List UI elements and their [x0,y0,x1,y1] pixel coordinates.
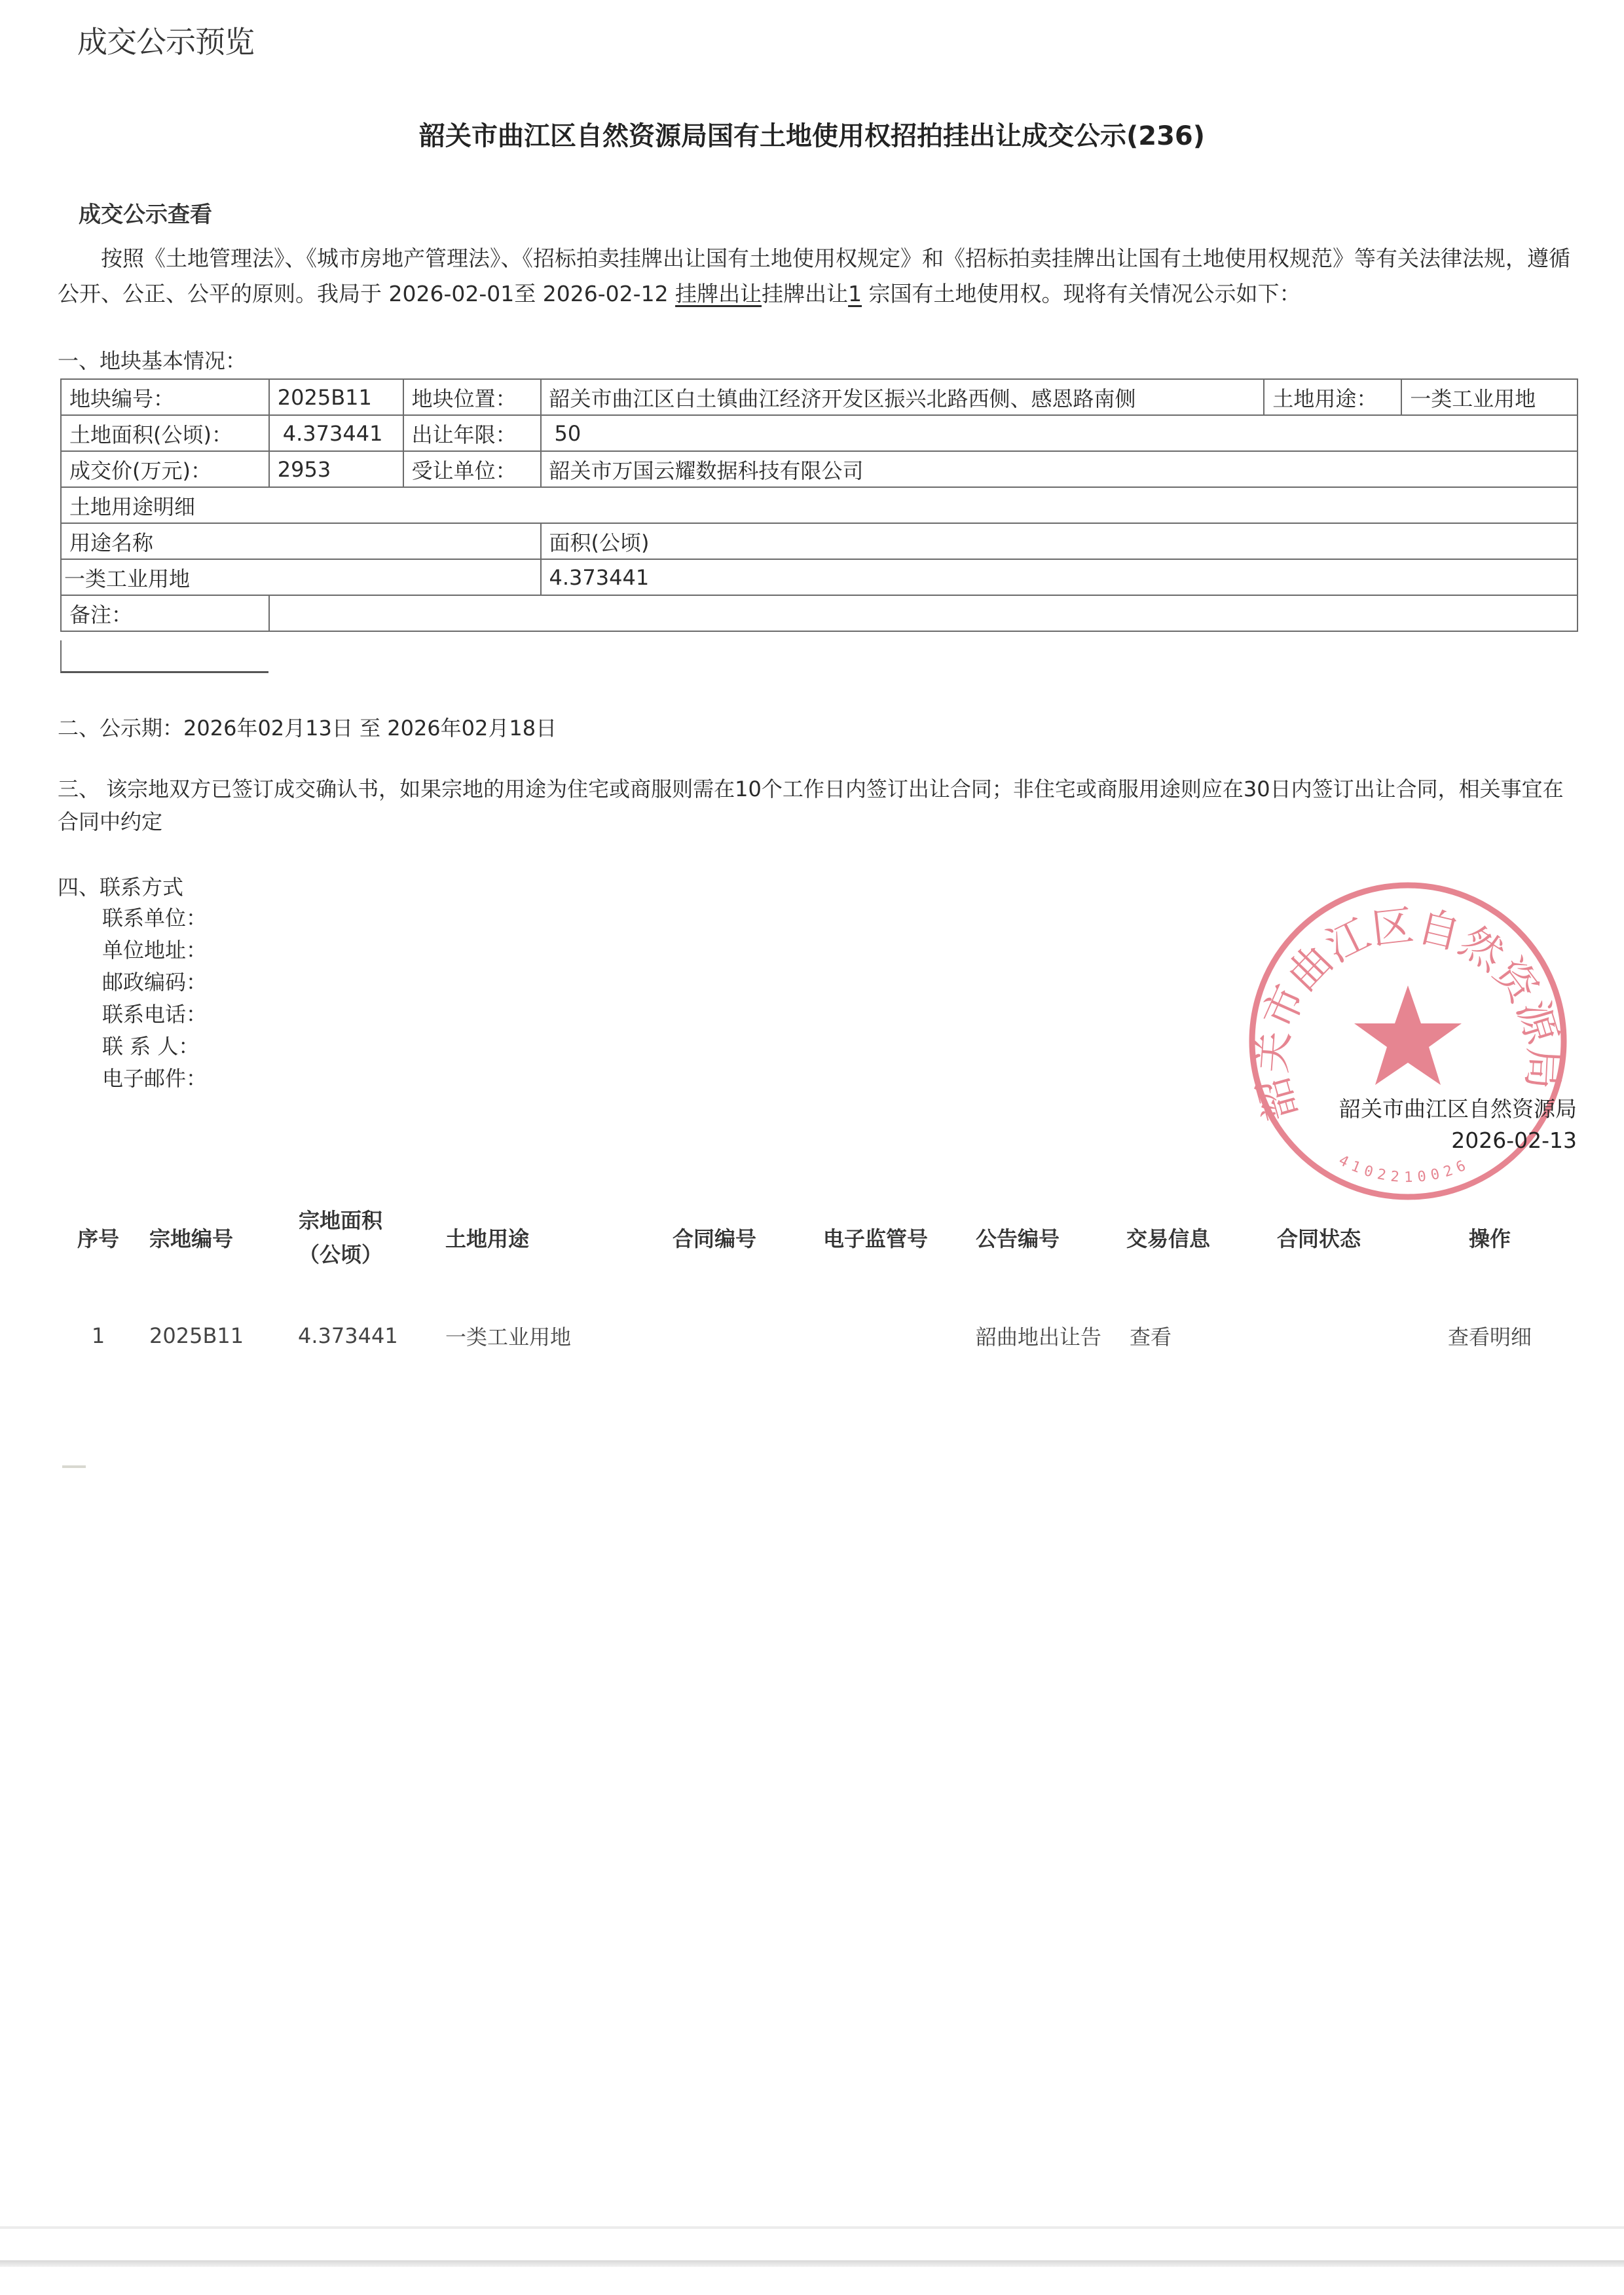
row-seq: 1 [72,1316,124,1355]
contact-list: 联系单位： 单位地址： 邮政编码： 联系电话： 联 系 人： 电子邮件： [102,902,207,1095]
signature-date: 2026-02-13 [1339,1125,1577,1156]
official-seal-icon: 韶关市曲江区自然资源局 4102210026 [1241,874,1575,1208]
row-supervision-no [823,1316,954,1355]
use-area-header: 面积(公顷) [541,523,1578,559]
use-name-header: 用途名称 [61,523,541,559]
remarks-value [269,595,1578,631]
contact-unit: 联系单位： [102,902,207,934]
table-row: 一类工业用地 4.373441 [61,559,1578,595]
table-row: 用途名称 面积(公顷) [61,523,1578,559]
price-value: 2953 [269,451,403,487]
row-area: 4.373441 [298,1316,403,1355]
table-row: 备注： [61,595,1578,631]
grantee-label: 受让单位： [403,451,541,487]
header-supervision-no: 电子监管号 [823,1202,954,1274]
intro-text-2: 宗国有土地使用权。现将有关情况公示如下： [862,281,1301,306]
land-use-value: 一类工业用地 [1401,379,1578,415]
land-use-label: 土地用途： [1264,379,1401,415]
row-contract-no [673,1316,777,1355]
term-label: 出让年限： [403,415,541,451]
header-action: 操作 [1450,1202,1529,1274]
header-land-use: 土地用途 [445,1202,550,1274]
location-label: 地块位置： [403,379,541,415]
notice-period: 二、公示期：2026年02月13日 至 2026年02月18日 [58,712,557,742]
page-header-title: 成交公示预览 [77,18,254,62]
intro-end-date: 2026-02-12 [543,281,669,306]
svg-text:4102210026: 4102210026 [1336,1152,1473,1186]
signature-org: 韶关市曲江区自然资源局 [1339,1093,1577,1125]
contact-heading: 四、联系方式 [58,871,183,901]
price-label: 成交价(万元)： [61,451,269,487]
header-area: 宗地面积 （公顷） [288,1202,393,1274]
header-contract-status: 合同状态 [1277,1202,1382,1274]
table-row: 土地用途明细 [61,487,1578,523]
intro-to: 至 [514,281,543,306]
table-blank-cell [60,640,268,673]
term-value: 50 [541,415,1578,451]
contact-address: 单位地址： [102,934,207,966]
intro-paragraph: 按照《土地管理法》、《城市房地产管理法》、《招标拍卖挂牌出让国有土地使用权规定》… [58,241,1577,312]
grantee-value: 韶关市万国云耀数据科技有限公司 [541,451,1578,487]
signature-block: 韶关市曲江区自然资源局 2026-02-13 [1339,1093,1577,1156]
contact-postcode: 邮政编码： [102,966,207,999]
row-land-use: 一类工业用地 [445,1316,602,1355]
header-trade-info: 交易信息 [1126,1202,1231,1274]
intro-method: 挂牌出让 [675,281,762,306]
area-label: 土地面积(公顷)： [61,415,269,451]
use-detail-label: 土地用途明细 [61,487,1578,523]
row-contract-status [1277,1316,1382,1355]
table-row: 地块编号： 2025B11 地块位置： 韶关市曲江区白土镇曲江经济开发区振兴北路… [61,379,1578,415]
parcel-info-table: 地块编号： 2025B11 地块位置： 韶关市曲江区白土镇曲江经济开发区振兴北路… [60,378,1578,632]
header-contract-no: 合同编号 [673,1202,777,1274]
document-title: 韶关市曲江区自然资源局国有土地使用权招拍挂出让成交公示(236) [0,115,1624,153]
area-value: 4.373441 [269,415,403,451]
table-row: 1 2025B11 4.373441 一类工业用地 韶曲地出让告 查看 查看明细 [0,1316,1624,1355]
row-notice-no: 韶曲地出让告 [976,1316,1113,1355]
page-bottom-edge [0,2260,1624,2267]
table-row: 成交价(万元)： 2953 受让单位： 韶关市万国云耀数据科技有限公司 [61,451,1578,487]
table-row: 土地面积(公顷)： 4.373441 出让年限： 50 [61,415,1578,451]
row-parcel-no: 2025B11 [149,1316,254,1355]
view-trade-info-link[interactable]: 查看 [1130,1316,1195,1355]
intro-method-2: 挂牌出让 [762,281,848,306]
scan-artifact [62,1465,86,1468]
contact-person: 联 系 人： [102,1031,207,1063]
contact-phone: 联系电话： [102,999,207,1031]
contract-clause: 三、 该宗地双方已签订成交确认书，如果宗地的用途为住宅或商服则需在10个工作日内… [58,773,1583,838]
header-notice-no: 公告编号 [976,1202,1080,1274]
remarks-label: 备注： [61,595,269,631]
header-seq: 序号 [72,1202,124,1274]
parcel-no-value: 2025B11 [269,379,403,415]
section1-label: 一、地块基本情况： [58,344,246,375]
parcel-no-label: 地块编号： [61,379,269,415]
intro-start-date: 2026-02-01 [389,281,515,306]
header-parcel-no: 宗地编号 [149,1202,254,1274]
page-divider [0,2226,1624,2229]
location-value: 韶关市曲江区白土镇曲江经济开发区振兴北路西侧、感恩路南侧 [541,379,1264,415]
section-heading: 成交公示查看 [79,196,212,229]
view-details-link[interactable]: 查看明细 [1441,1316,1539,1355]
intro-count: 1 [848,281,862,306]
use-row-area: 4.373441 [541,559,1578,595]
contact-email: 电子邮件： [102,1063,207,1095]
use-row-name: 一类工业用地 [61,559,541,595]
results-table-header: 序号 宗地编号 宗地面积 （公顷） 土地用途 合同编号 电子监管号 公告编号 交… [0,1202,1624,1274]
